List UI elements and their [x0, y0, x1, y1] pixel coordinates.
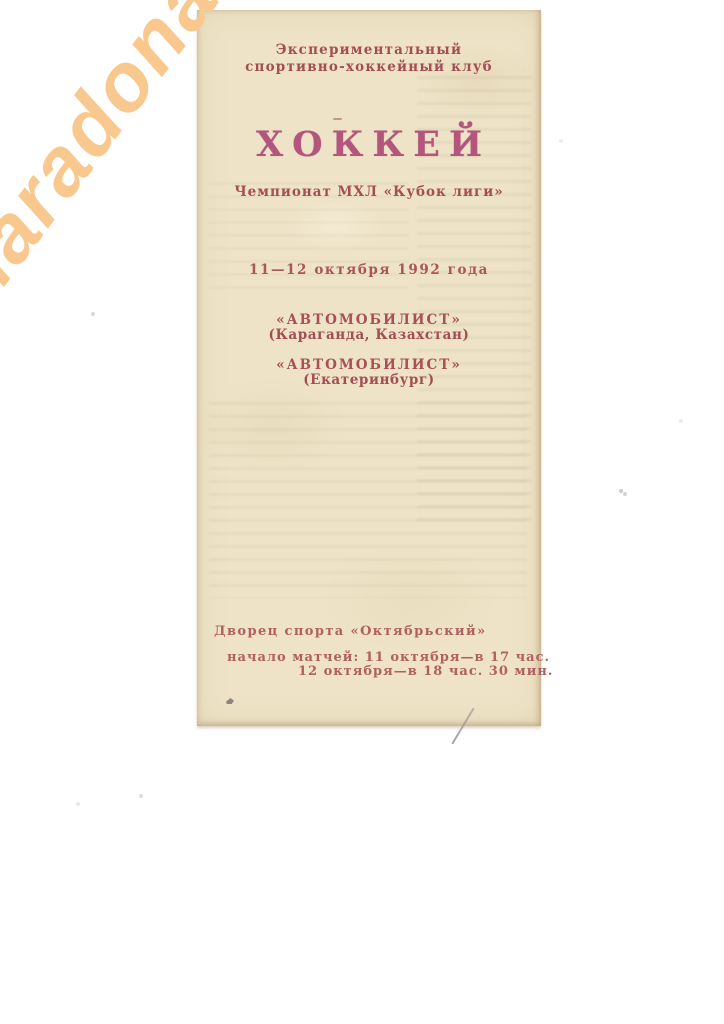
print-artifact — [333, 118, 342, 120]
venue-line: Дворец спорта «Октябрьский» — [214, 624, 487, 639]
print-artifact — [226, 698, 234, 704]
scan-background: Экспериментальный спортивно-хоккейный кл… — [0, 0, 724, 1024]
program-title: ХОККЕЙ — [197, 124, 541, 165]
scan-dust-specks — [0, 0, 2, 2]
club-name-line2: спортивно-хоккейный клуб — [197, 59, 541, 75]
club-name-line1: Экспериментальный — [197, 42, 541, 58]
program-cover-sheet: Экспериментальный спортивно-хоккейный кл… — [197, 10, 541, 726]
team-away-name: «АВТОМОБИЛИСТ» — [197, 357, 541, 373]
team-home-city: (Караганда, Казахстан) — [197, 327, 541, 343]
match-dates: 11—12 октября 1992 года — [197, 262, 541, 278]
schedule-line1: начало матчей: 11 октября—в 17 час. — [227, 650, 550, 665]
schedule-line2: 12 октября—в 18 час. 30 мин. — [298, 664, 553, 679]
team-away-city: (Екатеринбург) — [197, 372, 541, 388]
bleedthrough-texture — [209, 402, 527, 598]
championship-line: Чемпионат МХЛ «Кубок лиги» — [197, 184, 541, 200]
team-home-name: «АВТОМОБИЛИСТ» — [197, 312, 541, 328]
